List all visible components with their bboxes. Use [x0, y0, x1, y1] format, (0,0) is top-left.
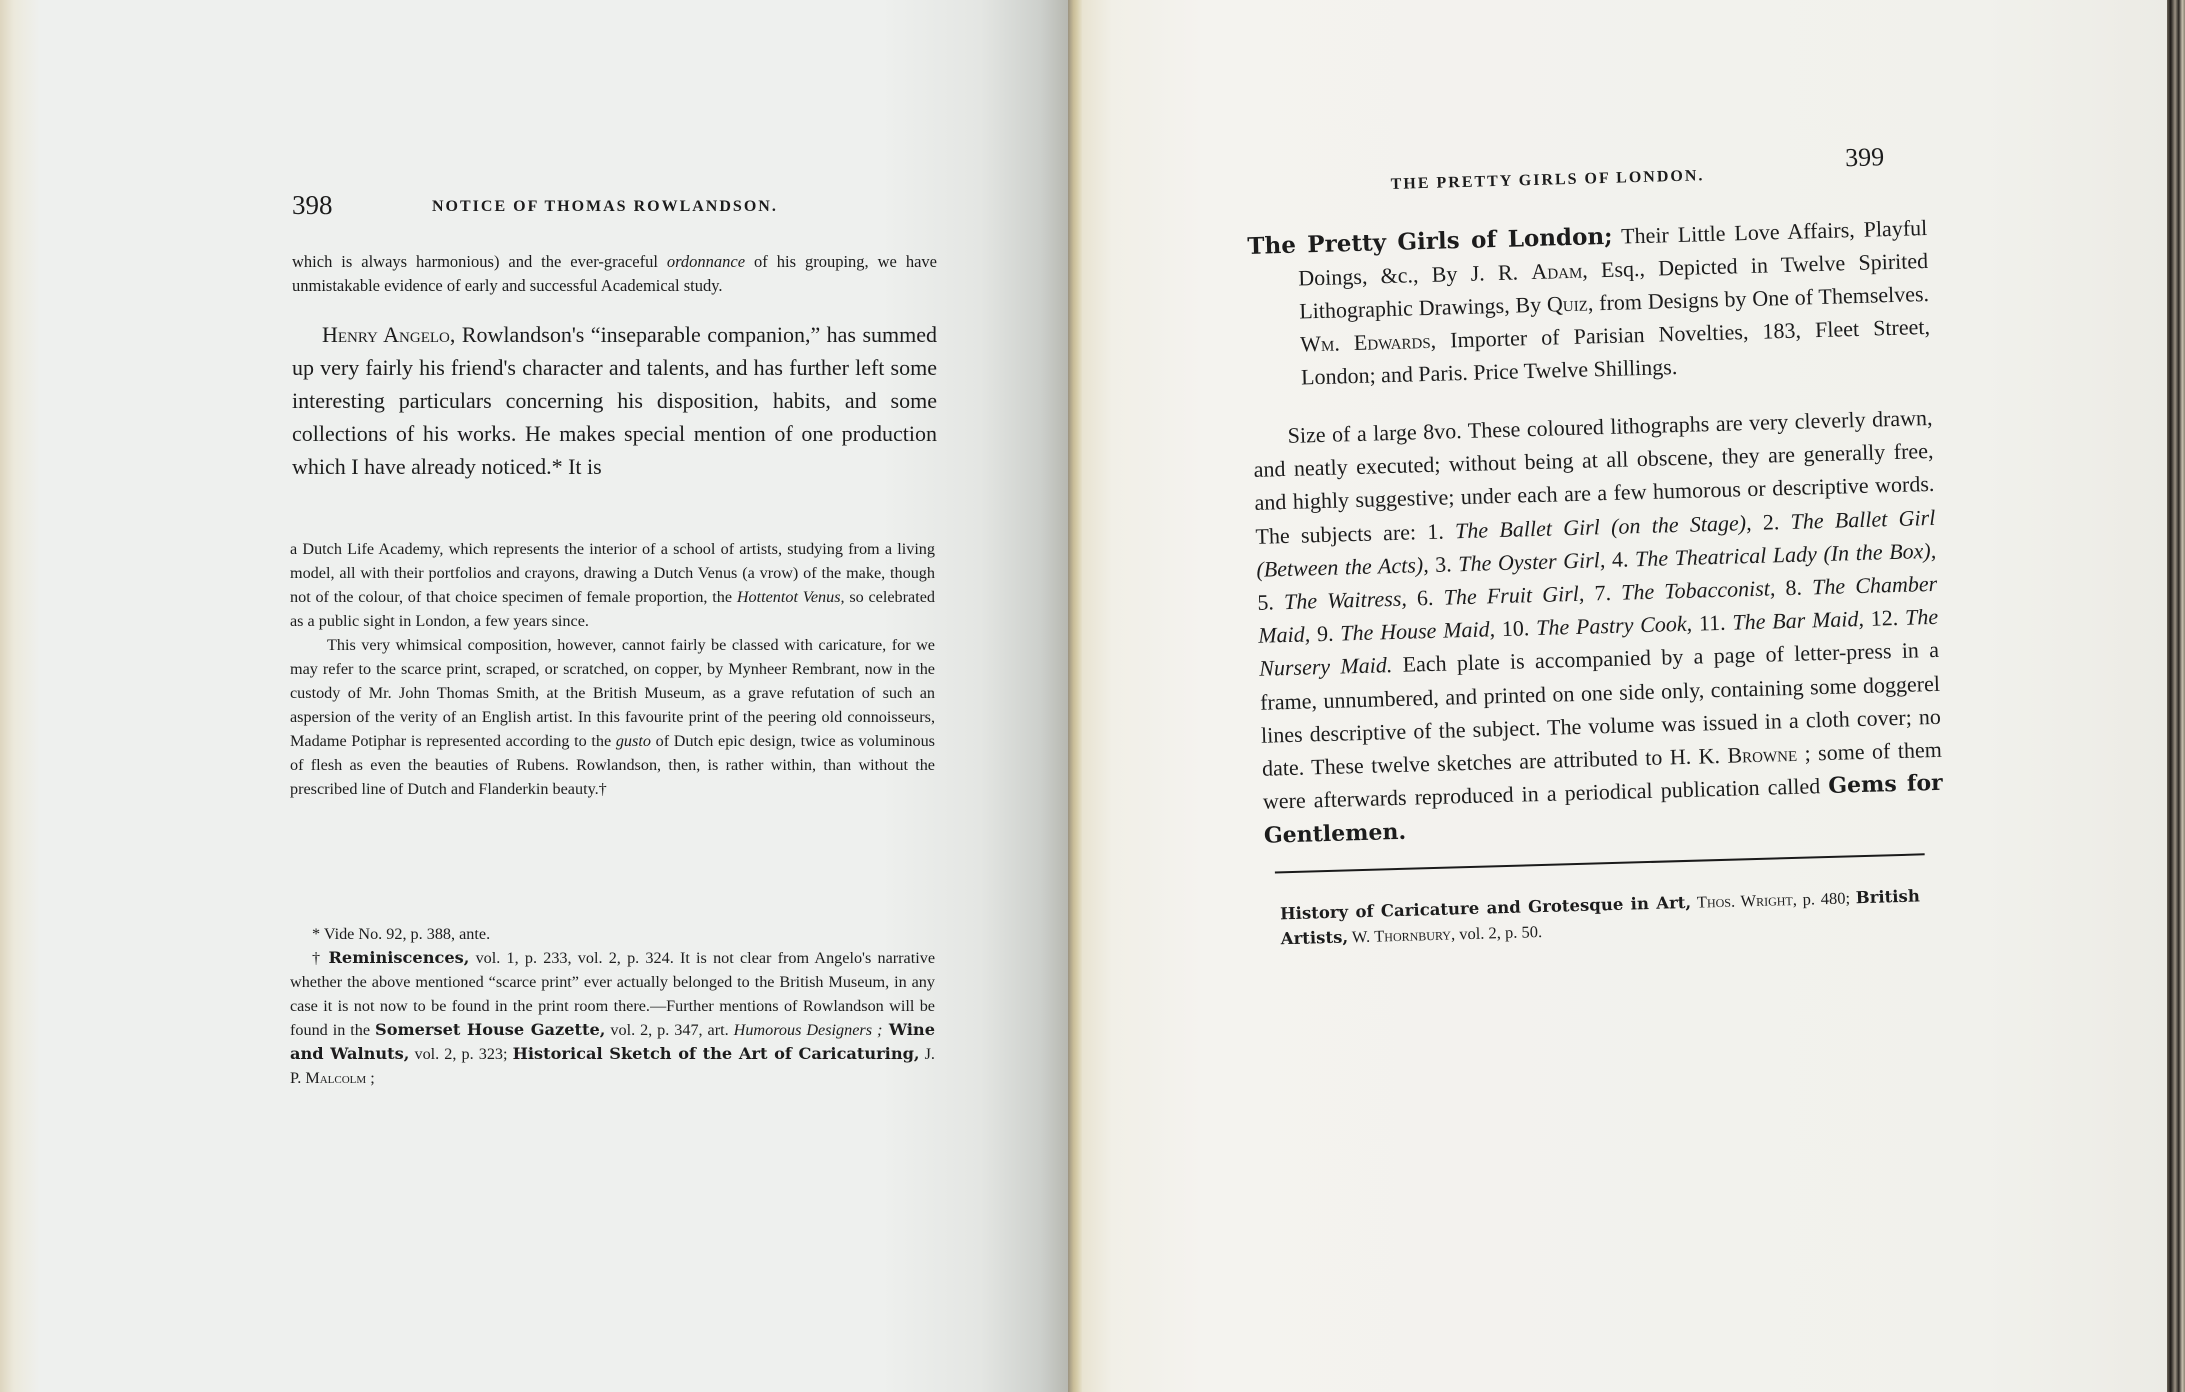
- page-number: 398: [292, 190, 333, 221]
- blackletter-title: Reminiscences,: [328, 948, 469, 967]
- italic-text: gusto: [616, 732, 651, 750]
- text: ;: [366, 1069, 375, 1087]
- blackletter-title: Somerset House Gazette,: [375, 1020, 605, 1039]
- small-caps-name: Malcolm: [305, 1069, 366, 1087]
- text: 4.: [1605, 546, 1635, 572]
- book-edge: [2167, 0, 2185, 1392]
- italic-text: The Tobacconist,: [1621, 575, 1776, 604]
- footnote-1: * Vide No. 92, p. 388, ante.: [290, 922, 935, 946]
- text: 7.: [1584, 580, 1622, 606]
- italic-text: ordonnance: [667, 252, 745, 271]
- text: 8.: [1775, 574, 1813, 600]
- text: 6.: [1406, 585, 1444, 611]
- text: vol. 2, p. 323;: [409, 1045, 512, 1063]
- footnotes: * Vide No. 92, p. 388, ante. † Reminisce…: [290, 922, 935, 1090]
- running-head: NOTICE OF THOMAS ROWLANDSON.: [432, 198, 778, 216]
- italic-text: The Waitress,: [1284, 586, 1407, 614]
- text: , from Designs by One of Themselves.: [1587, 281, 1929, 316]
- footnote-rule: [1275, 853, 1925, 873]
- book-spread: 398 NOTICE OF THOMAS ROWLANDSON. which i…: [0, 0, 2185, 1392]
- text: 12.: [1864, 605, 1906, 631]
- text: , vol. 2, p. 50.: [1451, 922, 1543, 944]
- text: W.: [1348, 926, 1375, 946]
- running-head: THE PRETTY GIRLS OF LONDON.: [1391, 167, 1705, 194]
- small-caps-name: Thornbury: [1374, 924, 1451, 945]
- italic-text: The Pastry Cook,: [1536, 611, 1693, 640]
- text: which is always harmonious) and the ever…: [292, 252, 667, 271]
- text: , p. 480;: [1792, 888, 1856, 909]
- text: 9.: [1310, 621, 1341, 647]
- text: 3.: [1428, 551, 1458, 577]
- text: 11.: [1692, 610, 1733, 636]
- italic-text: The Ballet Girl (on the Stage),: [1455, 510, 1752, 543]
- italic-text: The Theatrical Lady (In the Box),: [1635, 538, 1937, 571]
- text: 2.: [1751, 509, 1791, 535]
- dagger-mark: †: [312, 949, 328, 967]
- bibliographic-entry: The Pretty Girls of London; Their Little…: [1247, 211, 1931, 395]
- small-caps-name: Adam: [1531, 258, 1583, 284]
- italic-text: The Oyster Girl,: [1458, 547, 1606, 576]
- page-number: 399: [1845, 142, 1885, 173]
- description-paragraph: Size of a large 8vo. These coloured lith…: [1252, 401, 1944, 853]
- text: vol. 2, p. 347, art.: [605, 1021, 733, 1039]
- left-page: 398 NOTICE OF THOMAS ROWLANDSON. which i…: [0, 0, 1068, 1392]
- continuation-paragraph: which is always harmonious) and the ever…: [292, 250, 937, 298]
- quoted-passage: a Dutch Life Academy, which represents t…: [290, 537, 935, 801]
- text: 5.: [1257, 589, 1284, 615]
- book-gutter: [1068, 0, 1082, 1392]
- small-caps-name: Wm. Edwards: [1300, 328, 1431, 357]
- small-caps-name: Henry Angelo: [322, 322, 450, 347]
- italic-text: The Fruit Girl,: [1443, 581, 1584, 610]
- left-page-header: 398 NOTICE OF THOMAS ROWLANDSON.: [292, 190, 952, 230]
- blackletter-title: History of Caricature and Grotesque in A…: [1280, 892, 1692, 922]
- small-caps-name: Quiz: [1547, 290, 1589, 316]
- main-paragraph: Henry Angelo, Rowlandson's “inseparable …: [292, 318, 937, 483]
- small-caps-name: Thos. Wright: [1697, 890, 1793, 912]
- footnote-2: † Reminiscences, vol. 1, p. 233, vol. 2,…: [290, 946, 935, 1090]
- blackletter-title: The Pretty Girls of London;: [1247, 223, 1613, 260]
- italic-text: The House Maid,: [1340, 616, 1495, 645]
- text: 10.: [1495, 615, 1537, 641]
- italic-text: The Bar Maid,: [1732, 606, 1864, 635]
- blackletter-title: Historical Sketch of the Art of Caricatu…: [513, 1044, 920, 1063]
- italic-text: Hottentot Venus,: [737, 588, 845, 606]
- small-caps-name: Browne: [1727, 741, 1797, 768]
- right-page-content: THE PRETTY GIRLS OF LONDON. 399 The Pret…: [1245, 141, 1947, 951]
- italic-text: Humorous Designers ;: [734, 1021, 883, 1039]
